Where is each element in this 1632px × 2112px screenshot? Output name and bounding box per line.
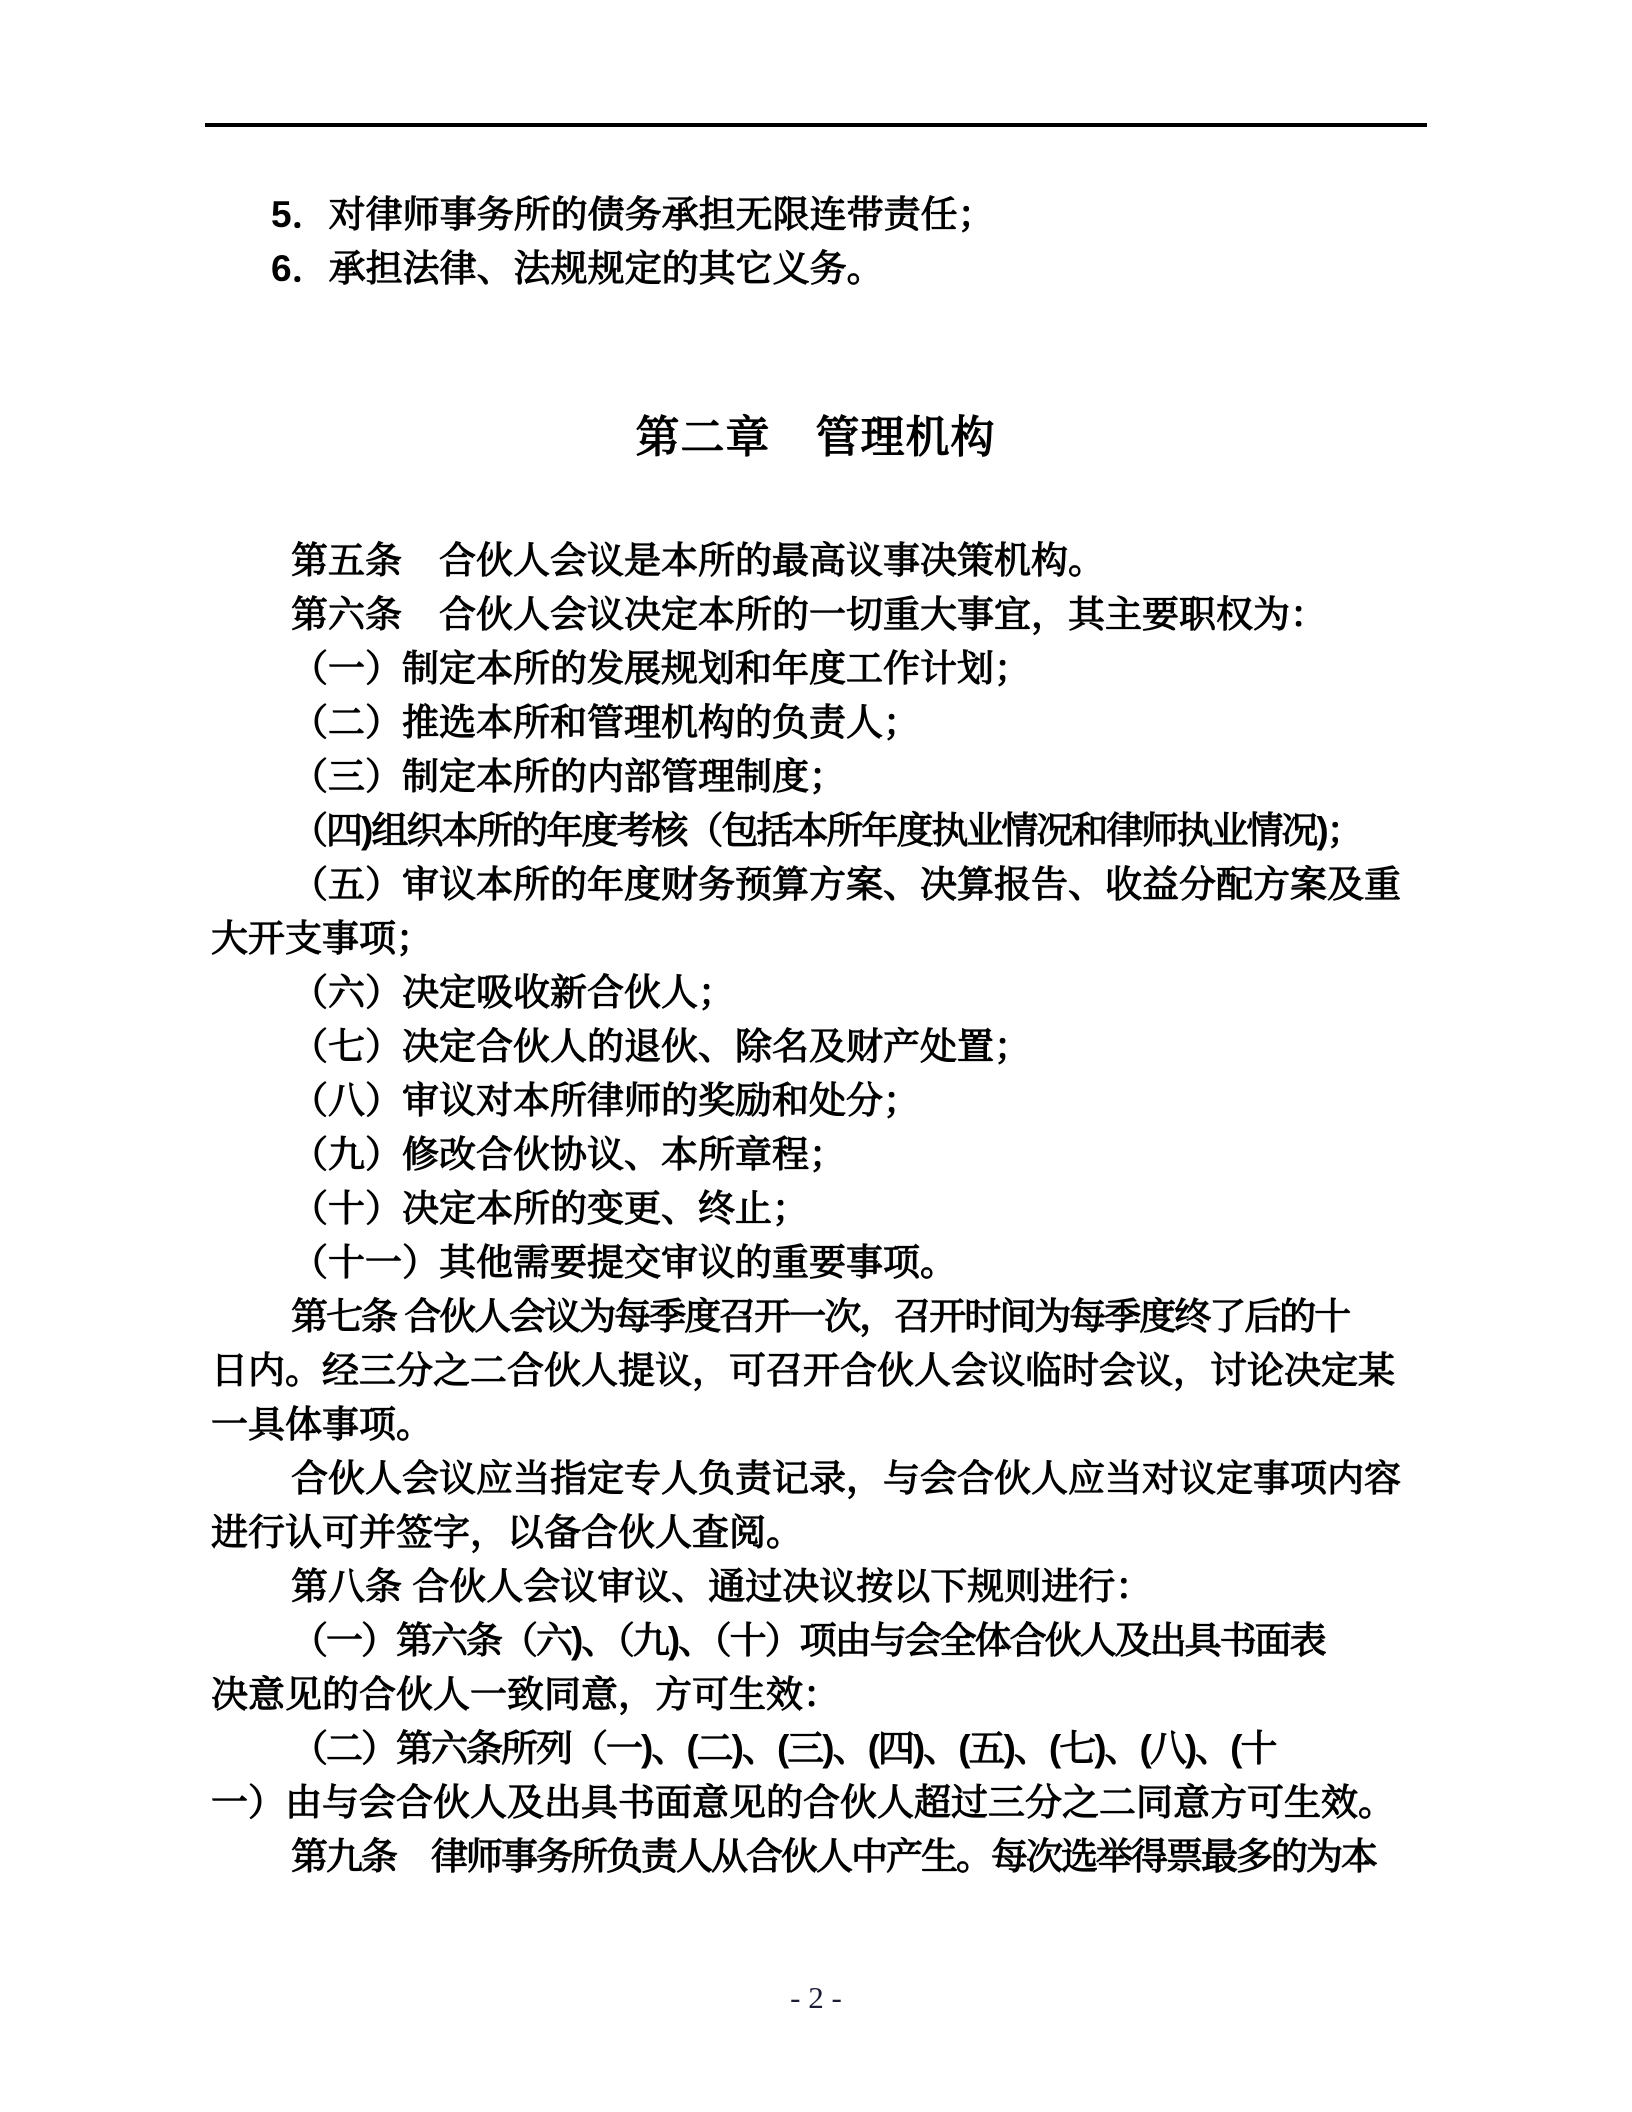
text-line: 第六条 合伙人会议决定本所的一切重大事宜，其主要职权为： (211, 588, 1420, 642)
text-line: （六）决定吸收新合伙人； (211, 966, 1420, 1020)
text-line: 第八条 合伙人会议审议、通过决议按以下规则进行： (211, 1560, 1420, 1614)
text-line: （九）修改合伙协议、本所章程； (211, 1128, 1420, 1182)
text-line: 合伙人会议应当指定专人负责记录，与会合伙人应当对议定事项内容 (211, 1452, 1420, 1506)
text-line: 第九条 律师事务所负责人从合伙人中产生。每次选举得票最多的为本 (211, 1830, 1420, 1884)
text-line: （一）制定本所的发展规划和年度工作计划； (211, 642, 1420, 696)
text-line: 第七条 合伙人会议为每季度召开一次，召开时间为每季度终了后的十 (211, 1290, 1420, 1344)
text-line: 5．对律师事务所的债务承担无限连带责任； (211, 188, 1420, 242)
document-page: 5．对律师事务所的债务承担无限连带责任；6．承担法律、法规规定的其它义务。 第二… (0, 0, 1632, 2112)
text-line: （二）第六条所列（一)、(二)、(三)、(四)、(五)、(七)、(八)、(十 (211, 1722, 1420, 1776)
text-line: （十）决定本所的变更、终止； (211, 1182, 1420, 1236)
text-line: （五）审议本所的年度财务预算方案、决算报告、收益分配方案及重 (211, 858, 1420, 912)
text-line: （二）推选本所和管理机构的负责人； (211, 696, 1420, 750)
text-line: （一）第六条（六)、（九)、（十）项由与会全体合伙人及出具书面表 (211, 1614, 1420, 1668)
text-line: 大开支事项； (211, 912, 1420, 966)
page-number: - 2 - (0, 1980, 1632, 2016)
text-line: 6．承担法律、法规规定的其它义务。 (211, 242, 1420, 296)
header-rule (205, 123, 1427, 127)
intro-section: 5．对律师事务所的债务承担无限连带责任；6．承担法律、法规规定的其它义务。 (211, 188, 1420, 296)
text-line: 一）由与会合伙人及出具书面意见的合伙人超过三分之二同意方可生效。 (211, 1776, 1420, 1830)
document-content: 5．对律师事务所的债务承担无限连带责任；6．承担法律、法规规定的其它义务。 第二… (211, 188, 1420, 1884)
text-line: 一具体事项。 (211, 1398, 1420, 1452)
chapter-heading: 第二章 管理机构 (211, 408, 1420, 468)
text-line: 决意见的合伙人一致同意，方可生效： (211, 1668, 1420, 1722)
text-line: 日内。经三分之二合伙人提议，可召开合伙人会议临时会议，讨论决定某 (211, 1344, 1420, 1398)
text-line: （十一）其他需要提交审议的重要事项。 (211, 1236, 1420, 1290)
text-line: 进行认可并签字，以备合伙人查阅。 (211, 1506, 1420, 1560)
body-section: 第五条 合伙人会议是本所的最高议事决策机构。第六条 合伙人会议决定本所的一切重大… (211, 534, 1420, 1884)
text-line: （三）制定本所的内部管理制度； (211, 750, 1420, 804)
text-line: （七）决定合伙人的退伙、除名及财产处置； (211, 1020, 1420, 1074)
text-line: （八）审议对本所律师的奖励和处分； (211, 1074, 1420, 1128)
text-line: 第五条 合伙人会议是本所的最高议事决策机构。 (211, 534, 1420, 588)
text-line: （四)组织本所的年度考核（包括本所年度执业情况和律师执业情况)； (211, 804, 1420, 858)
